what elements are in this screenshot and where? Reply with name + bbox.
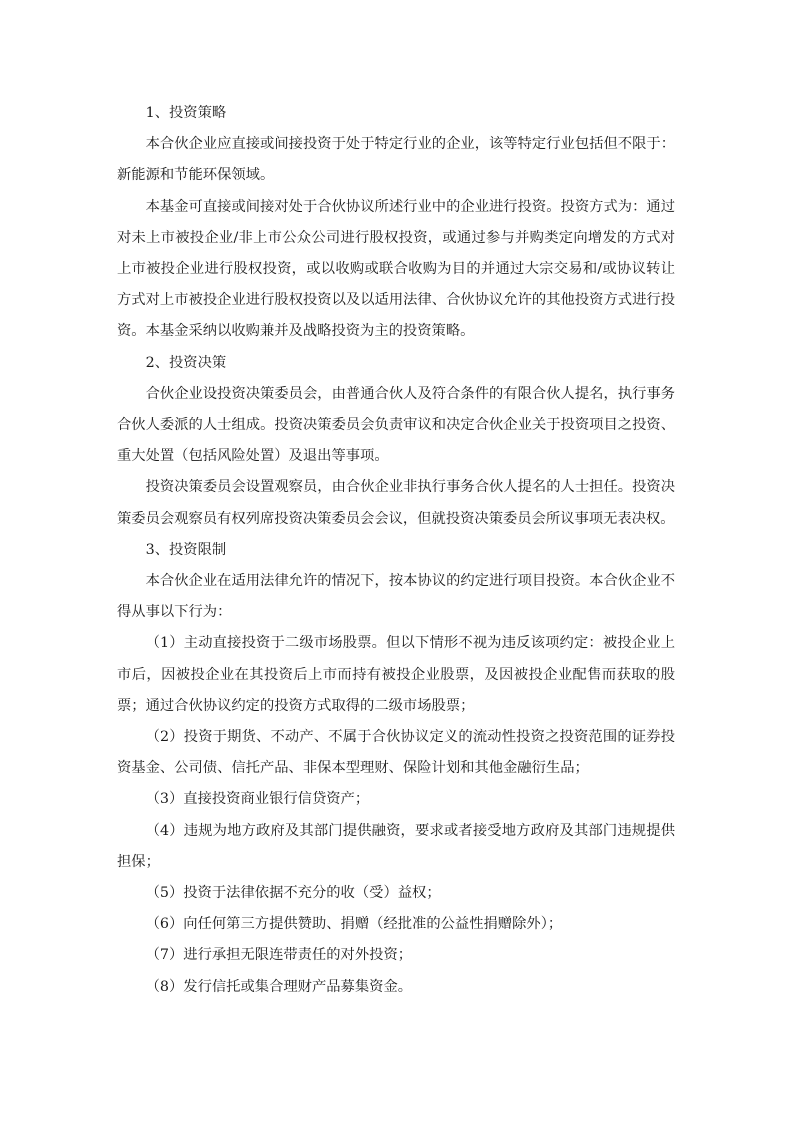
paragraph: 本合伙企业在适用法律允许的情况下，按本协议的约定进行项目投资。本合伙企业不得从事… <box>117 566 675 628</box>
paragraph: 合伙企业设投资决策委员会，由普通合伙人及符合条件的有限合伙人提名，执行事务合伙人… <box>117 379 675 473</box>
paragraph: 本合伙企业应直接或间接投资于处于特定行业的企业，该等特定行业包括但不限于：新能源… <box>117 129 675 191</box>
section-heading-strategy: 1、投资策略 <box>117 98 675 129</box>
list-item: （2）投资于期货、不动产、不属于合伙协议定义的流动性投资之投资范围的证券投资基金… <box>117 722 675 784</box>
document-page: 1、投资策略 本合伙企业应直接或间接投资于处于特定行业的企业，该等特定行业包括但… <box>117 98 675 1003</box>
list-item: （8）发行信托或集合理财产品募集资金。 <box>117 972 675 1003</box>
section-heading-decision: 2、投资决策 <box>117 348 675 379</box>
list-item: （4）违规为地方政府及其部门提供融资，要求或者接受地方政府及其部门违规提供担保； <box>117 816 675 878</box>
section-heading-restrictions: 3、投资限制 <box>117 535 675 566</box>
list-item: （6）向任何第三方提供赞助、捐赠（经批准的公益性捐赠除外）； <box>117 909 675 940</box>
list-item: （7）进行承担无限连带责任的对外投资； <box>117 940 675 971</box>
list-item: （1）主动直接投资于二级市场股票。但以下情形不视为违反该项约定：被投企业上市后，… <box>117 628 675 722</box>
paragraph: 本基金可直接或间接对处于合伙协议所述行业中的企业进行投资。投资方式为：通过对未上… <box>117 192 675 348</box>
list-item: （5）投资于法律依据不充分的收（受）益权； <box>117 878 675 909</box>
paragraph: 投资决策委员会设置观察员，由合伙企业非执行事务合伙人提名的人士担任。投资决策委员… <box>117 472 675 534</box>
list-item: （3）直接投资商业银行信贷资产； <box>117 784 675 815</box>
